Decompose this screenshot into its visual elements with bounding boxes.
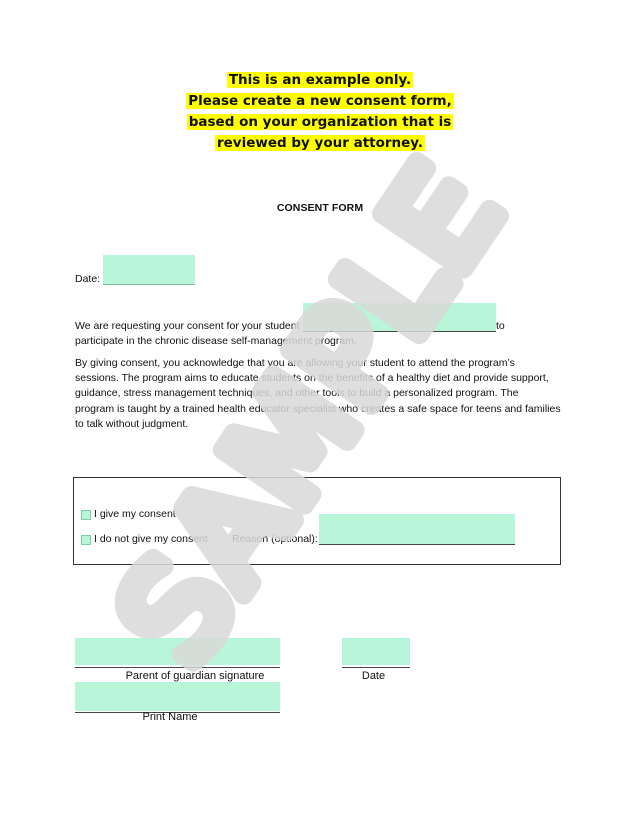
- signature-underline: [75, 667, 280, 668]
- no-consent-checkbox[interactable]: [81, 535, 91, 545]
- request-text: We are requesting your consent for your …: [75, 319, 300, 334]
- student-name-field[interactable]: [303, 303, 496, 331]
- paragraph-line: program is taught by a trained health ed…: [75, 402, 575, 417]
- reason-label: Reason (optional):: [232, 532, 318, 547]
- date-field[interactable]: [103, 255, 195, 284]
- reason-field[interactable]: [319, 514, 515, 544]
- give-consent-checkbox[interactable]: [81, 510, 91, 520]
- student-underline: [303, 331, 496, 332]
- consent-form-page: This is an example only. Please create a…: [0, 0, 640, 828]
- sign-date-field[interactable]: [342, 638, 410, 665]
- notice-line: This is an example only.: [227, 72, 413, 88]
- date-label: Date:: [75, 272, 100, 287]
- request-suffix: to: [496, 319, 505, 334]
- request-line2: participate in the chronic disease self-…: [75, 334, 357, 349]
- notice-line: based on your organization that is: [187, 114, 454, 130]
- consent-paragraph: By giving consent, you acknowledge that …: [75, 356, 575, 432]
- no-consent-label: I do not give my consent: [94, 532, 208, 547]
- paragraph-line: sessions. The program aims to educate st…: [75, 371, 575, 386]
- paragraph-line: By giving consent, you acknowledge that …: [75, 356, 575, 371]
- print-name-label: Print Name: [75, 711, 265, 723]
- notice-line: Please create a new consent form,: [186, 93, 454, 109]
- signature-field[interactable]: [75, 638, 280, 665]
- notice-line: reviewed by your attorney.: [215, 135, 425, 151]
- sign-date-underline: [342, 667, 410, 668]
- paragraph-line: to talk without judgment.: [75, 417, 575, 432]
- signature-label: Parent of guardian signature: [75, 670, 315, 682]
- example-notice: This is an example only. Please create a…: [0, 70, 640, 154]
- form-title: CONSENT FORM: [0, 202, 640, 214]
- date-underline: [103, 284, 195, 285]
- sign-date-label: Date: [342, 670, 405, 682]
- give-consent-label: I give my consent: [94, 507, 176, 522]
- reason-underline: [319, 544, 515, 545]
- print-name-field[interactable]: [75, 682, 280, 711]
- paragraph-line: guidance, stress management techniques, …: [75, 386, 575, 401]
